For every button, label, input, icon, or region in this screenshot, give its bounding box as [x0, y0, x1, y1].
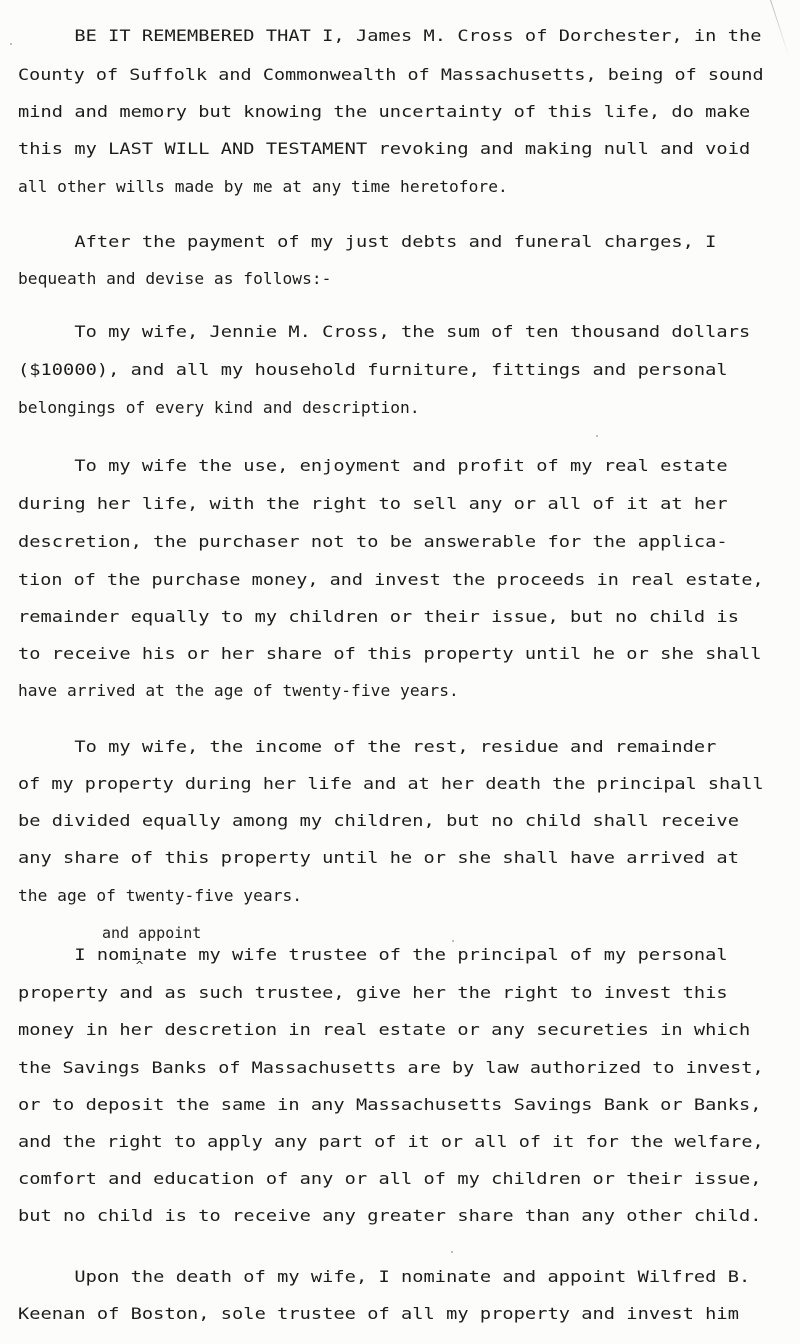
text-line: To my wife, the income of the rest, resi…: [18, 737, 716, 757]
text-line: County of Suffolk and Commonwealth of Ma…: [18, 65, 764, 85]
scan-speck: [451, 1251, 453, 1253]
text-line: or to deposit the same in any Massachuse…: [18, 1095, 761, 1115]
text-line: any share of this property until he or s…: [18, 848, 739, 868]
text-line: descretion, the purchaser not to be answ…: [18, 532, 728, 552]
text-line: this my LAST WILL AND TESTAMENT revoking…: [18, 139, 750, 159]
document-page: BE IT REMEMBERED THAT I, James M. Cross …: [0, 0, 800, 1344]
text-line: To my wife, Jennie M. Cross, the sum of …: [18, 322, 750, 342]
text-line: I nominate my wife trustee of the princi…: [18, 945, 728, 965]
text-line: money in her descretion in real estate o…: [18, 1020, 750, 1040]
text-line: Keenan of Boston, sole trustee of all my…: [18, 1304, 739, 1324]
text-line: Upon the death of my wife, I nominate an…: [18, 1267, 750, 1287]
text-line: of my property during her life and at he…: [18, 774, 764, 794]
text-line: have arrived at the age of twenty-five y…: [18, 681, 459, 701]
interlinear-insertion: and appoint: [102, 924, 201, 942]
text-line: ($10000), and all my household furniture…: [18, 360, 728, 380]
text-line: to receive his or her share of this prop…: [18, 644, 761, 664]
text-line: belongings of every kind and description…: [18, 398, 420, 418]
text-line: all other wills made by me at any time h…: [18, 177, 508, 197]
text-line: the Savings Banks of Massachusetts are b…: [18, 1058, 764, 1078]
scan-speck: [10, 43, 12, 45]
text-line: After the payment of my just debts and f…: [18, 232, 716, 252]
text-line: comfort and education of any or all of m…: [18, 1169, 761, 1189]
text-line: during her life, with the right to sell …: [18, 494, 728, 514]
paper-crease: [770, 0, 789, 57]
text-line: and the right to apply any part of it or…: [18, 1132, 764, 1152]
text-line: but no child is to receive any greater s…: [18, 1206, 761, 1226]
text-line: be divided equally among my children, bu…: [18, 811, 739, 831]
scan-speck: [596, 435, 598, 437]
text-line: mind and memory but knowing the uncertai…: [18, 102, 750, 122]
text-line: To my wife the use, enjoyment and profit…: [18, 456, 728, 476]
text-line: bequeath and devise as follows:-: [18, 269, 331, 289]
text-line: BE IT REMEMBERED THAT I, James M. Cross …: [18, 26, 761, 46]
text-line: property and as such trustee, give her t…: [18, 983, 728, 1003]
text-line: tion of the purchase money, and invest t…: [18, 570, 764, 590]
text-line: remainder equally to my children or thei…: [18, 607, 739, 627]
text-line: the age of twenty-five years.: [18, 886, 302, 906]
scan-speck: [452, 940, 454, 942]
